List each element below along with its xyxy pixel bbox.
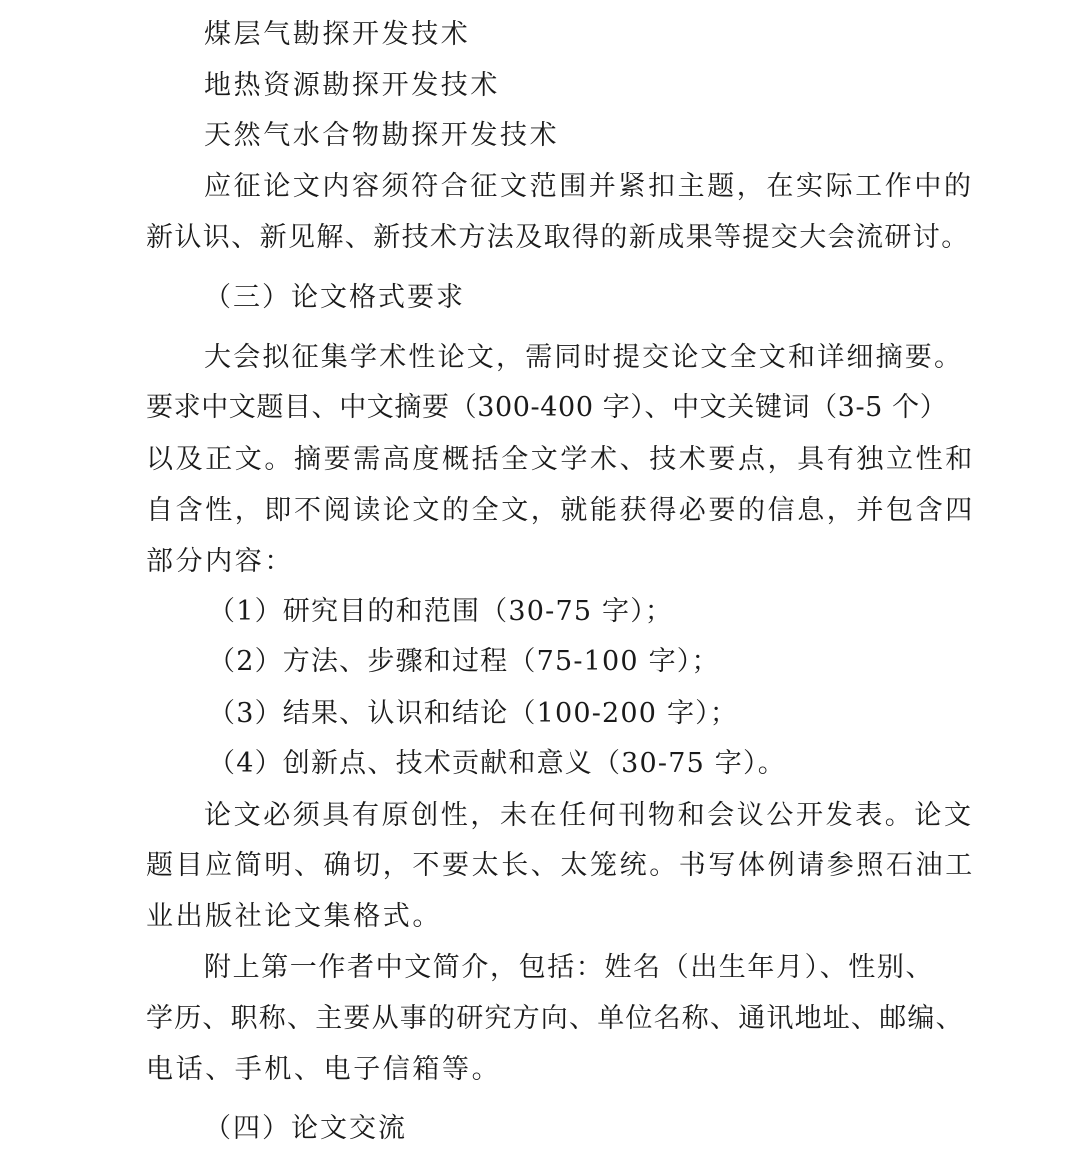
paragraph-line: 电话、手机、电子信箱等。 — [146, 1053, 501, 1087]
list-item: （4）创新点、技术贡献和意义（30-75 字）。 — [208, 747, 786, 781]
paragraph-line: 应征论文内容须符合征文范围并紧扣主题，在实际工作中的 — [204, 170, 974, 204]
paragraph-line: 要求中文题目、中文摘要（300-400 字）、中文关键词（3-5 个） — [146, 391, 947, 425]
paragraph-line: 部分内容： — [146, 545, 294, 579]
paragraph-line: 附上第一作者中文简介，包括：姓名（出生年月）、性别、 — [204, 951, 934, 985]
section-heading-exchange: （四）论文交流 — [204, 1112, 407, 1146]
paragraph-line: 大会拟征集学术性论文，需同时提交论文全文和详细摘要。 — [204, 341, 963, 375]
paragraph-line: 学历、职称、主要从事的研究方向、单位名称、通讯地址、邮编、 — [146, 1002, 964, 1036]
paragraph-line: 自含性，即不阅读论文的全文，就能获得必要的信息，并包含四 — [146, 494, 975, 528]
list-item: （1）研究目的和范围（30-75 字）； — [208, 595, 673, 629]
topic-gas-hydrate: 天然气水合物勘探开发技术 — [204, 119, 559, 153]
section-heading-format: （三）论文格式要求 — [204, 281, 465, 315]
paragraph-line: 业出版社论文集格式。 — [146, 900, 442, 934]
paragraph-line: 题目应简明、确切，不要太长、太笼统。书写体例请参照石油工 — [146, 849, 975, 883]
paragraph-line: 新认识、新见解、新技术方法及取得的新成果等提交大会流研讨。 — [146, 221, 970, 255]
list-item: （3）结果、认识和结论（100-200 字）； — [208, 697, 738, 731]
paragraph-line: 论文必须具有原创性，未在任何刊物和会议公开发表。论文 — [204, 799, 974, 833]
paragraph-line: 以及正文。摘要需高度概括全文学术、技术要点，具有独立性和 — [146, 443, 975, 477]
topic-coalbed-methane: 煤层气勘探开发技术 — [204, 18, 470, 52]
topic-geothermal: 地热资源勘探开发技术 — [204, 69, 500, 103]
list-item: （2）方法、步骤和过程（75-100 字）； — [208, 645, 720, 679]
